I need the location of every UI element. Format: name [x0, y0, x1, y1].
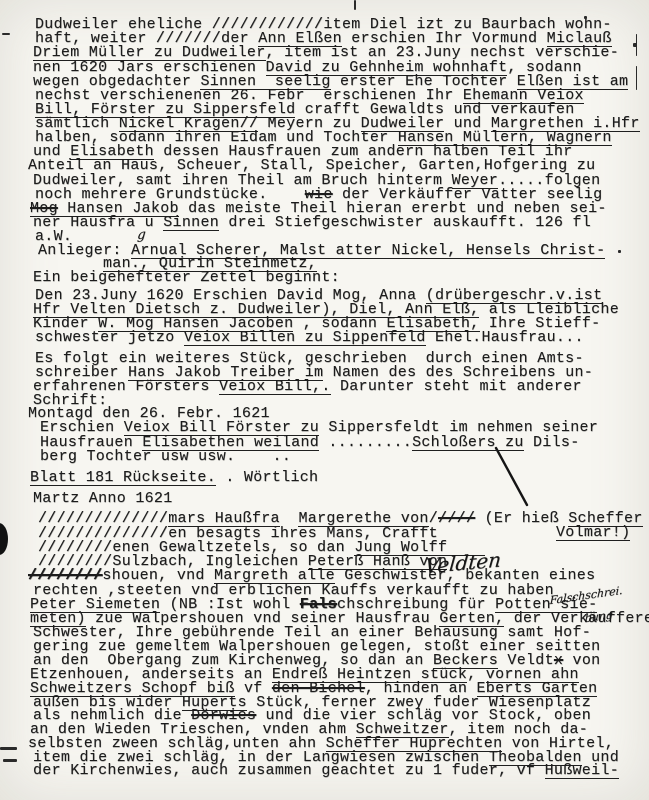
stray-tick — [636, 34, 637, 56]
typewritten-line: Blatt 181 Rückseite. . Wörtlich — [30, 471, 318, 486]
typed-text: Ein beigehefteter Zettel beginnt: — [33, 271, 340, 285]
margin-dash — [0, 747, 17, 750]
scanned-document-page: Dudweiler eheliche ////////////item Diel… — [0, 0, 649, 800]
typed-text: / — [429, 512, 438, 526]
typed-text: Darunter steht mit anderer — [331, 380, 582, 394]
typed-text: . Wörtlich — [216, 471, 318, 485]
handwritten-correction-g: g — [137, 227, 147, 243]
typed-text: drei Stiefgeschwister auskaufft. 126 fl — [219, 216, 591, 230]
typewritten-line: Anteil an Haus, Scheuer, Stall, Speicher… — [28, 159, 595, 173]
typed-text — [280, 512, 299, 526]
struck-text: //// — [438, 512, 475, 526]
typed-text: , item ist an 23.Juny nechst verschie- — [266, 46, 619, 60]
typed-text: Dils- — [524, 436, 580, 450]
typed-text: ......... — [319, 436, 412, 450]
typed-text: shouen, vnd — [102, 569, 214, 583]
typewritten-line: erfahrenen Försters Veiox Bill,. Darunte… — [33, 380, 582, 395]
underlined-text: Blatt 181 Rückseite. — [30, 471, 216, 486]
underlined-text: Schloßers zu — [412, 436, 524, 451]
typed-text: zum — [640, 117, 649, 131]
ink-speck — [618, 250, 621, 253]
typewritten-line: Martz Anno 1621 — [33, 492, 173, 506]
stray-tick — [2, 33, 10, 35]
typewritten-line: der Kirchenwies, auch zusammen geachtet … — [33, 764, 619, 779]
typed-text: Anteil an Haus, Scheuer, Stall, Speicher… — [28, 159, 595, 173]
typed-text: Sippersfeldt im nehmen seiner — [319, 421, 598, 435]
underlined-text: Hußweil- — [545, 764, 619, 779]
typewritten-line: berg Tochter usw usw. .. — [40, 450, 291, 464]
typewritten-line: Volmar!) — [556, 526, 630, 541]
pen-stroke — [496, 448, 527, 505]
margin-dash — [3, 759, 17, 762]
underlined-text: Veiox Billen zu Sippenfeld — [184, 331, 426, 346]
struck-text: //////// — [28, 569, 102, 583]
typewritten-line: ner Hausfra u Sinnen drei Stiefgeschwist… — [33, 216, 591, 231]
ink-speck — [584, 16, 587, 19]
punch-hole-shadow — [0, 523, 8, 555]
typewritten-line: Ein beigehefteter Zettel beginnt: — [33, 271, 340, 285]
typed-text: der Kirchenwies, auch zusammen geachtet … — [33, 764, 545, 778]
typewritten-line: schwester jetzo Veiox Billen zu Sippenfe… — [35, 331, 584, 346]
typed-text: Erschien — [40, 421, 124, 435]
typed-text: schwester jetzo — [35, 331, 184, 345]
typed-text: Ehel.Hausfrau... — [426, 331, 584, 345]
underlined-text: Volmar!) — [556, 526, 630, 541]
typed-text: berg Tochter usw usw. .. — [40, 450, 291, 464]
underlined-text: Sinnen — [163, 216, 219, 231]
typed-text: Martz Anno 1621 — [33, 492, 173, 506]
typed-text: ////////////// — [38, 512, 168, 526]
typed-text: (Er hieß — [475, 512, 568, 526]
stray-tick — [354, 0, 356, 10]
underlined-text: Veiox Bill,. — [219, 380, 331, 395]
stray-tick — [636, 66, 637, 90]
